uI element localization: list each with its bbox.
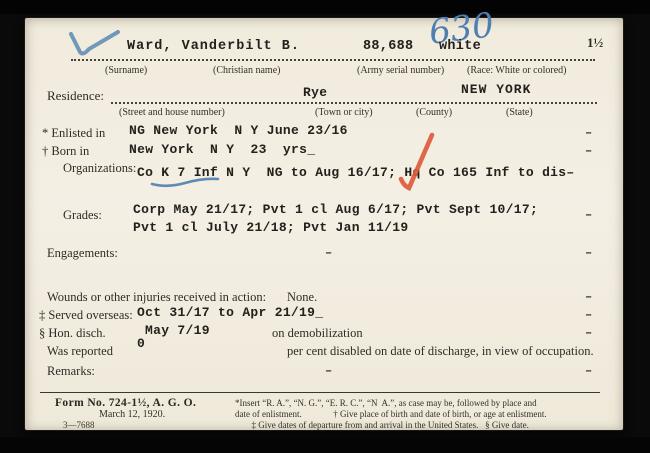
margin-dash: – [585, 364, 592, 378]
form-number: Form No. 724-1½, A. G. O. [55, 397, 196, 409]
served-overseas-label: ‡ Served overseas: [39, 308, 133, 323]
blue-checkmark-icon [65, 27, 123, 57]
organizations-label: Organizations: [63, 161, 136, 176]
born-value: New York N Y 23 yrs_ [129, 142, 315, 157]
footnote-line-1: *Insert “R. A.”, “N. G.”, “E. R. C.”, “N… [235, 398, 537, 409]
label-state: (State) [506, 107, 533, 118]
residence-state: NEW YORK [461, 82, 531, 97]
footer-rule [40, 392, 600, 393]
engagements-blank-dash: – [325, 246, 332, 260]
percent-disabled-note: per cent disabled on date of discharge, … [287, 344, 594, 359]
grades-label: Grades: [63, 208, 102, 223]
margin-dash: – [585, 144, 592, 158]
enlisted-value: NG New York N Y June 23/16 [129, 123, 348, 138]
margin-dash: – [585, 246, 592, 260]
label-town: (Town or city) [315, 107, 373, 118]
army-serial-number: 88,688 [363, 39, 413, 54]
hon-disch-label: § Hon. disch. [39, 326, 106, 341]
margin-dash: – [585, 290, 592, 304]
label-christian-name: (Christian name) [213, 65, 280, 76]
label-race: (Race: White or colored) [467, 65, 567, 76]
residence-town: Rye [303, 85, 327, 100]
percent-disabled-value: 0 [137, 336, 145, 351]
grades-line1: Corp May 21/17; Pvt 1 cl Aug 6/17; Pvt S… [133, 202, 538, 217]
wounds-value: None. [287, 290, 317, 305]
residence-label: Residence: [47, 88, 104, 104]
page-marker: 1½ [587, 35, 603, 51]
red-checkmark-icon [396, 129, 438, 193]
remarks-blank-dash: – [325, 364, 332, 378]
service-record-card: 630 Ward, Vanderbilt B. 88,688 white 1½ … [25, 18, 623, 430]
label-surname: (Surname) [105, 65, 147, 76]
label-county: (County) [416, 107, 452, 118]
form-date: March 12, 1920. [99, 409, 165, 420]
race-value: white [439, 39, 481, 54]
wounds-label: Wounds or other injuries received in act… [47, 290, 266, 305]
residence-dotted-line [111, 102, 597, 104]
margin-dash: – [585, 326, 592, 340]
served-overseas-value: Oct 31/17 to Apr 21/19_ [137, 305, 323, 320]
header-dotted-line [71, 59, 595, 61]
label-serial-number: (Army serial number) [357, 65, 444, 76]
soldier-name: Ward, Vanderbilt B. [127, 39, 300, 54]
blue-underline-mark [149, 176, 221, 188]
print-code: 3—7688 [63, 420, 95, 430]
margin-dash: – [585, 126, 592, 140]
grades-line2: Pvt 1 cl July 21/18; Pvt Jan 11/19 [133, 220, 408, 235]
hon-disch-value: May 7/19 [145, 323, 210, 338]
engagements-label: Engagements: [47, 246, 118, 261]
margin-dash: – [585, 308, 592, 322]
remarks-label: Remarks: [47, 364, 95, 379]
enlisted-label: * Enlisted in [42, 126, 105, 141]
footnote-line-2: date of enlistment. † Give place of birt… [235, 409, 547, 420]
margin-dash: – [585, 208, 592, 222]
born-label: † Born in [42, 144, 89, 159]
hon-disch-note: on demobilization [272, 326, 363, 341]
footnote-line-3: ‡ Give dates of departure from and arriv… [247, 420, 529, 431]
was-reported-label: Was reported [47, 344, 113, 359]
label-street: (Street and house number) [119, 107, 225, 118]
scan-background: 630 Ward, Vanderbilt B. 88,688 white 1½ … [0, 0, 650, 453]
